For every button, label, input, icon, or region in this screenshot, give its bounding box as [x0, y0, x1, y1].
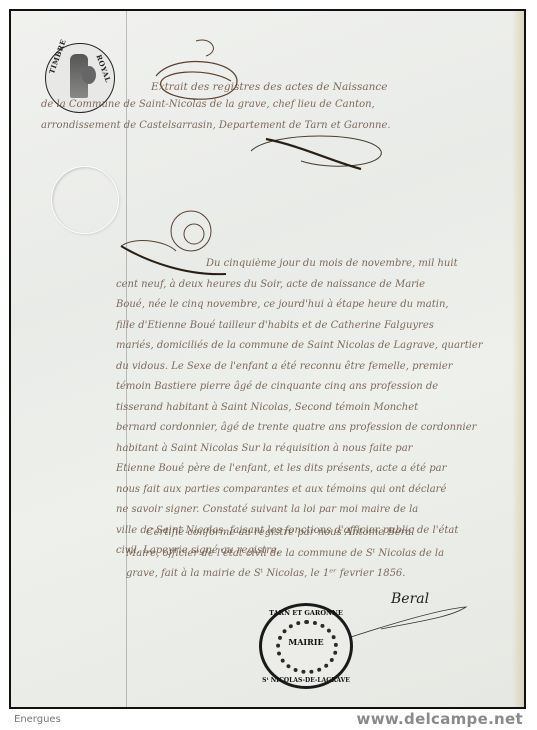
stamp-shield: [82, 66, 96, 84]
birth-record-text: Du cinquième jour du mois de novembre, m…: [116, 254, 483, 562]
stamp-left-text: TIMBRE: [47, 38, 68, 75]
body-line: bernard cordonnier, âgé de trente quatre…: [116, 418, 483, 439]
stamp-right-text: ROYAL: [94, 53, 112, 84]
seal-bottom-text: Sᵗ NICOLAS-DE-LAGRAVE: [262, 677, 350, 684]
signature-flourish-icon: [341, 599, 471, 639]
body-line: Boué, née le cinq novembre, ce jourd'hui…: [116, 295, 483, 316]
body-line: témoin Bastiere pierre âgé de cinquante …: [116, 377, 483, 398]
body-line: Etienne Boué père de l'enfant, et les di…: [116, 459, 483, 480]
laurel-wreath-icon: [276, 620, 338, 674]
body-line: mariés, domiciliés de la commune de Sain…: [116, 336, 483, 357]
body-line: nous fait aux parties comparantes et aux…: [116, 480, 483, 501]
body-line: du vidous. Le Sexe de l'enfant a été rec…: [116, 357, 483, 378]
certification-text: Certifié conforme au registre par nous A…: [126, 523, 444, 585]
body-line: ne savoir signer. Constaté suivant la lo…: [116, 500, 483, 521]
seal-top-text: TARN ET GARONNE: [262, 609, 350, 617]
category-label: Energues: [14, 714, 61, 725]
cert-line: Maire, officier de l'état civil de la co…: [126, 544, 444, 565]
embossed-seal-icon: [51, 166, 119, 234]
header-text: de la Commune de Saint-Nicolas de la gra…: [41, 95, 391, 136]
body-line: Du cinquième jour du mois de novembre, m…: [116, 254, 483, 275]
seal-center-text: MAIRIE: [262, 637, 350, 647]
body-line: habitant à Saint Nicolas Sur la réquisit…: [116, 439, 483, 460]
cert-line: grave, fait à la mairie de Sᵗ Nicolas, l…: [126, 564, 444, 585]
header-line: de la Commune de Saint-Nicolas de la gra…: [41, 95, 391, 116]
body-line: fille d'Etienne Boué tailleur d'habits e…: [116, 316, 483, 337]
mairie-seal-icon: TARN ET GARONNE MAIRIE Sᵗ NICOLAS-DE-LAG…: [259, 603, 353, 689]
site-watermark: www.delcampe.net: [357, 710, 523, 728]
header-line: arrondissement de Castelsarrasin, Depart…: [41, 116, 391, 137]
cert-line: Certifié conforme au registre par nous A…: [126, 523, 444, 544]
body-line: cent neuf, à deux heures du Soir, acte d…: [116, 275, 483, 296]
flourish-divider-icon: [241, 131, 391, 176]
body-line: tisserand habitant à Saint Nicolas, Seco…: [116, 398, 483, 419]
scanned-document: TIMBRE ROYAL Extrait des registres des a…: [9, 9, 526, 709]
